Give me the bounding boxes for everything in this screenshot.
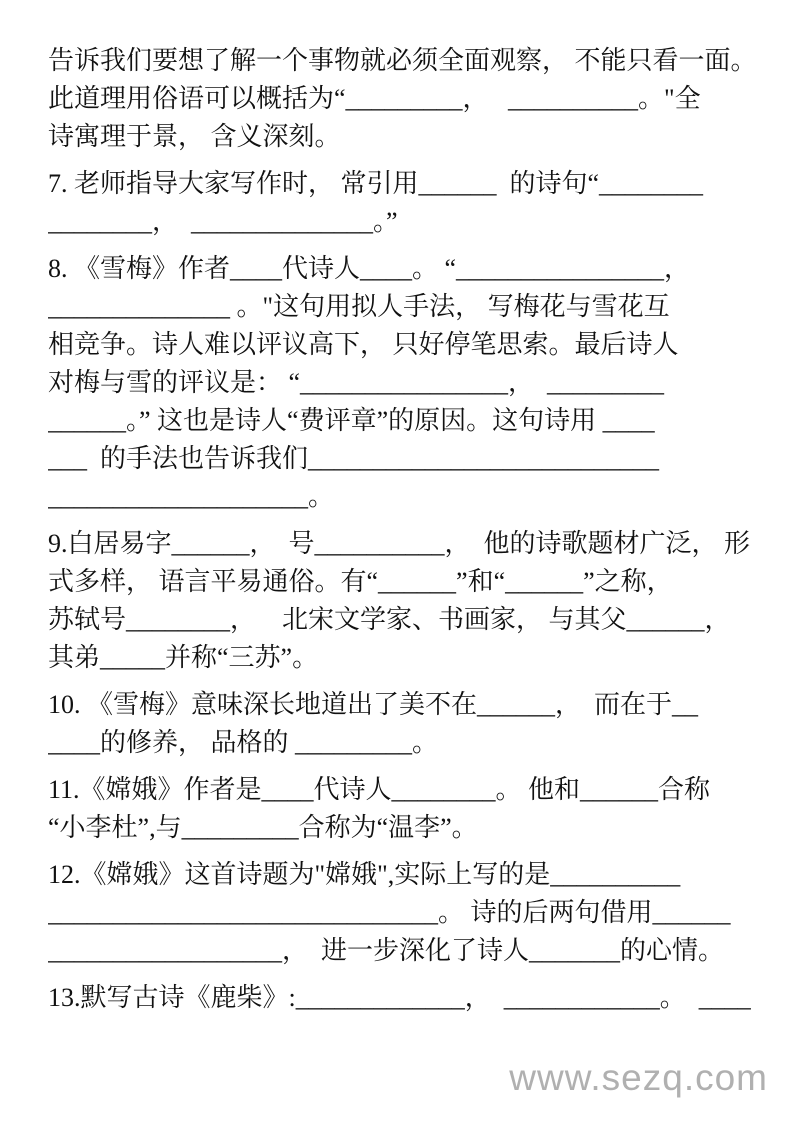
text-line: 此道理用俗语可以概括为“_________， __________。"全 bbox=[48, 80, 762, 118]
paragraph-q9: 9.白居易字______， 号__________， 他的诗歌题材广泛， 形式多… bbox=[48, 525, 762, 677]
worksheet-page: 告诉我们要想了解一个事物就必须全面观察， 不能只看一面。此道理用俗语可以概括为“… bbox=[0, 0, 800, 1131]
text-line: 相竞争。诗人难以评议高下， 只好停笔思索。最后诗人 bbox=[48, 326, 762, 364]
text-line: ________， ______________。” bbox=[48, 203, 762, 241]
text-line: 苏轼号________， 北宋文学家、书画家， 与其父______， bbox=[48, 601, 762, 639]
text-line: 8. 《雪梅》作者____代诗人____。 “________________， bbox=[48, 250, 762, 288]
text-line: 11.《嫦娥》作者是____代诗人________。 他和______合称 bbox=[48, 771, 762, 809]
text-line: ___ 的手法也告诉我们___________________________ bbox=[48, 440, 762, 478]
text-line: 诗寓理于景， 含义深刻。 bbox=[48, 118, 762, 156]
paragraph-q8: 8. 《雪梅》作者____代诗人____。 “________________，… bbox=[48, 250, 762, 516]
paragraph-q10: 10. 《雪梅》意味深长地道出了美不在______， 而在于______的修养，… bbox=[48, 686, 762, 762]
watermark: www.sezq.com bbox=[509, 1057, 768, 1099]
paragraph-q6-tail: 告诉我们要想了解一个事物就必须全面观察， 不能只看一面。此道理用俗语可以概括为“… bbox=[48, 42, 762, 156]
text-line: ____的修养， 品格的 _________。 bbox=[48, 724, 762, 762]
text-line: 其弟_____并称“三苏”。 bbox=[48, 639, 762, 677]
paragraph-q12: 12.《嫦娥》这首诗题为"嫦娥",实际上写的是_________________… bbox=[48, 856, 762, 970]
paragraph-q11: 11.《嫦娥》作者是____代诗人________。 他和______合称“小李… bbox=[48, 771, 762, 847]
text-line: ______________ 。"这句用拟人手法， 写梅花与雪花互 bbox=[48, 288, 762, 326]
text-line: “小李杜”,与_________合称为“温李”。 bbox=[48, 809, 762, 847]
text-line: __________________， 进一步深化了诗人_______的心情。 bbox=[48, 932, 762, 970]
text-line: ______。” 这也是诗人“费评章”的原因。这句诗用 ____ bbox=[48, 402, 762, 440]
paragraph-q7: 7. 老师指导大家写作时， 常引用______ 的诗句“____________… bbox=[48, 165, 762, 241]
text-line: 7. 老师指导大家写作时， 常引用______ 的诗句“________ bbox=[48, 165, 762, 203]
text-line: 告诉我们要想了解一个事物就必须全面观察， 不能只看一面。 bbox=[48, 42, 762, 80]
text-line: 对梅与雪的评议是： “________________， _________ bbox=[48, 364, 762, 402]
text-line: ____________________。 bbox=[48, 478, 762, 516]
text-line: 9.白居易字______， 号__________， 他的诗歌题材广泛， 形 bbox=[48, 525, 762, 563]
worksheet-body: 告诉我们要想了解一个事物就必须全面观察， 不能只看一面。此道理用俗语可以概括为“… bbox=[48, 42, 762, 1026]
text-line: 13.默写古诗《鹿柴》:_____________， ____________。… bbox=[48, 979, 762, 1017]
text-line: 式多样， 语言平易通俗。有“______”和“______”之称， bbox=[48, 563, 762, 601]
text-line: ______________________________。 诗的后两句借用_… bbox=[48, 894, 762, 932]
text-line: 12.《嫦娥》这首诗题为"嫦娥",实际上写的是__________ bbox=[48, 856, 762, 894]
text-line: 10. 《雪梅》意味深长地道出了美不在______， 而在于__ bbox=[48, 686, 762, 724]
paragraph-q13: 13.默写古诗《鹿柴》:_____________， ____________。… bbox=[48, 979, 762, 1017]
